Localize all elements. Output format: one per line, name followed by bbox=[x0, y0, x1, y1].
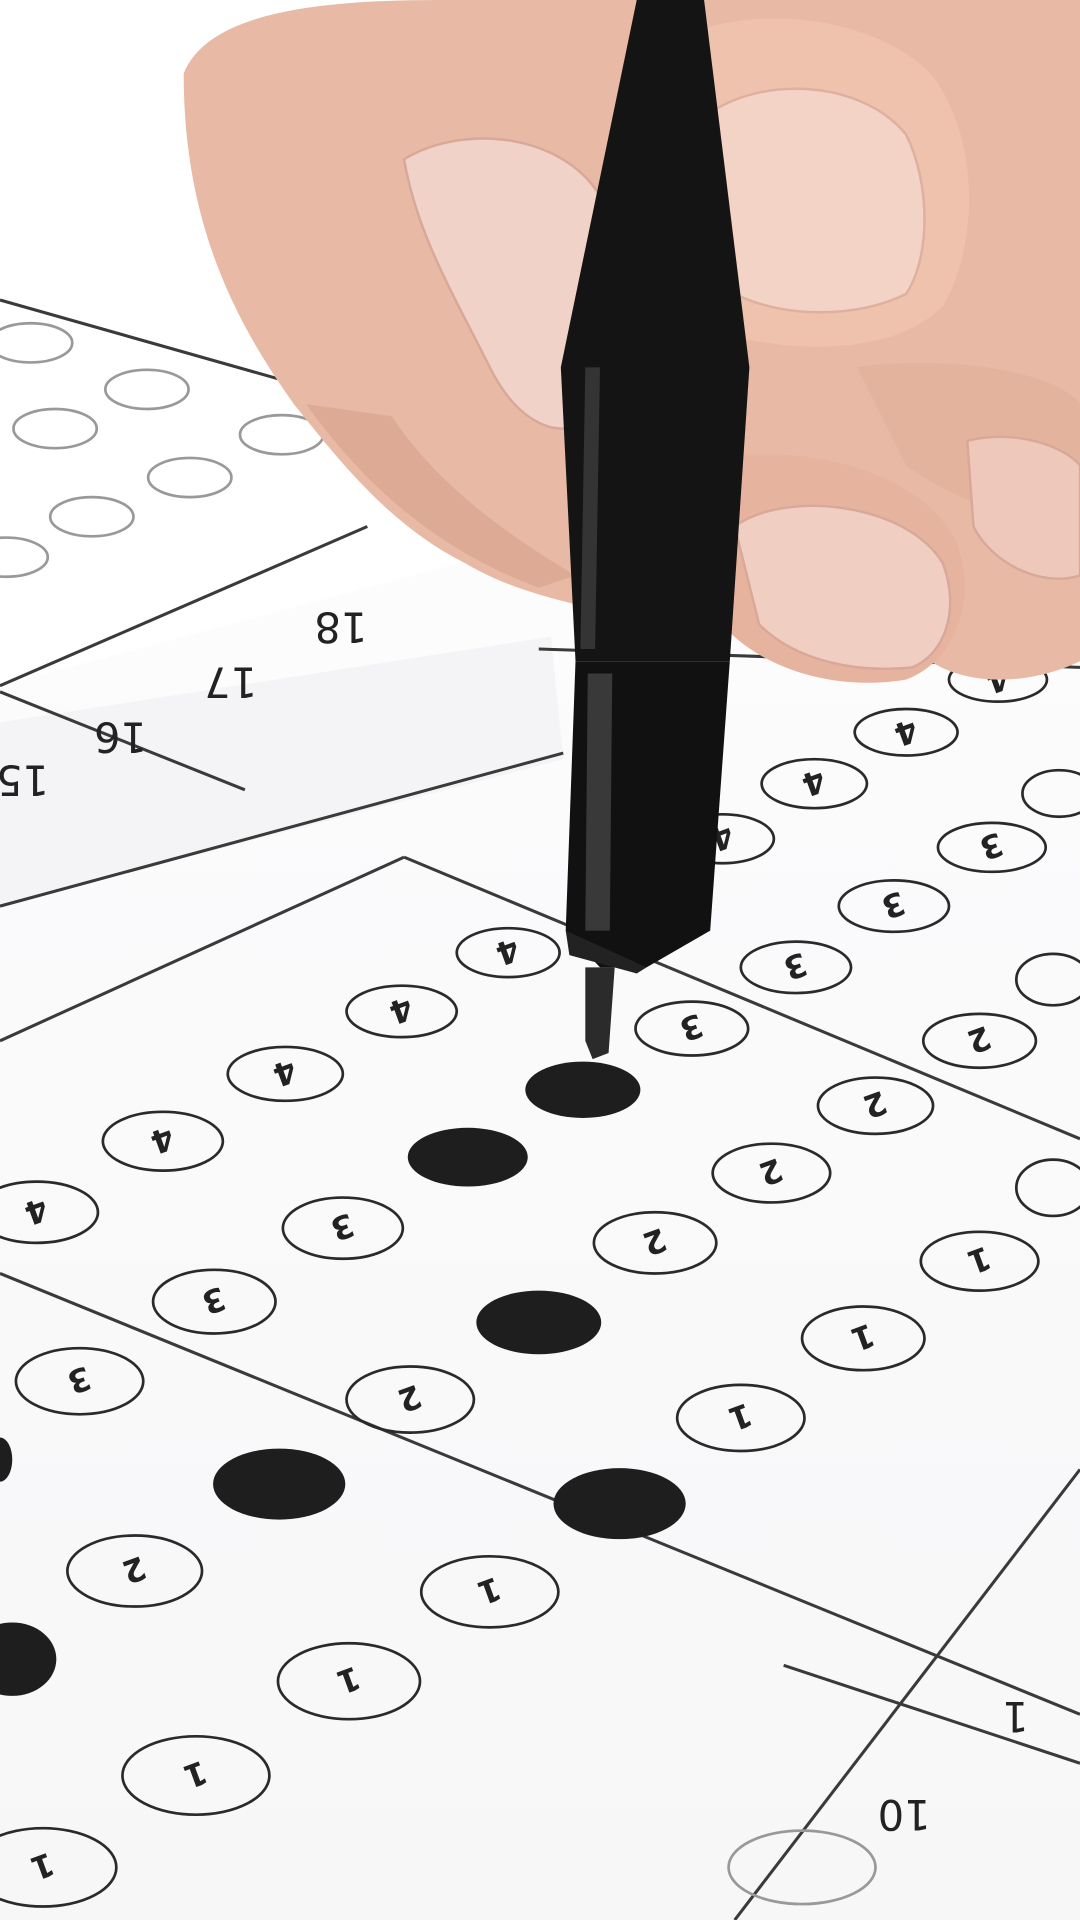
svg-text:1: 1 bbox=[962, 1238, 996, 1281]
question-number-17: 17 bbox=[204, 657, 257, 706]
filled-bubble bbox=[0, 1438, 12, 1482]
svg-text:2: 2 bbox=[638, 1220, 672, 1263]
photo-scene: 18 17 16 15 10 1 bbox=[0, 0, 1080, 1920]
svg-text:1: 1 bbox=[332, 1658, 366, 1701]
svg-text:3: 3 bbox=[877, 883, 911, 926]
filled-bubble bbox=[0, 1622, 56, 1695]
svg-text:4: 4 bbox=[19, 1189, 53, 1232]
filled-bubble bbox=[476, 1291, 601, 1355]
svg-text:4: 4 bbox=[889, 711, 923, 754]
svg-text:1: 1 bbox=[472, 1569, 506, 1612]
filled-bubble bbox=[213, 1449, 345, 1520]
svg-text:1: 1 bbox=[723, 1395, 757, 1438]
svg-text:4: 4 bbox=[146, 1118, 180, 1161]
svg-text:2: 2 bbox=[393, 1377, 427, 1420]
question-number-1: 1 bbox=[1002, 1692, 1028, 1741]
svg-text:2: 2 bbox=[117, 1548, 151, 1591]
svg-text:3: 3 bbox=[779, 945, 813, 988]
question-number-band bbox=[0, 637, 563, 906]
question-number-16: 16 bbox=[94, 712, 147, 761]
svg-text:4: 4 bbox=[268, 1051, 302, 1094]
svg-text:2: 2 bbox=[858, 1083, 892, 1126]
svg-text:3: 3 bbox=[675, 1006, 709, 1049]
question-number-18: 18 bbox=[314, 602, 367, 651]
svg-text:2: 2 bbox=[754, 1150, 788, 1193]
answer-sheet-illustration: 18 17 16 15 10 1 bbox=[0, 0, 1080, 1920]
filled-bubble bbox=[525, 1062, 640, 1118]
svg-text:2: 2 bbox=[962, 1018, 996, 1061]
svg-text:1: 1 bbox=[846, 1316, 880, 1359]
svg-text:1: 1 bbox=[26, 1845, 60, 1888]
svg-text:3: 3 bbox=[62, 1358, 96, 1401]
question-number-10: 10 bbox=[878, 1790, 931, 1839]
pen-tip bbox=[585, 967, 614, 1059]
filled-bubble bbox=[408, 1128, 528, 1187]
question-number-15: 15 bbox=[0, 755, 49, 804]
svg-text:3: 3 bbox=[975, 825, 1009, 868]
svg-text:4: 4 bbox=[491, 930, 525, 973]
filled-bubbles bbox=[0, 1062, 686, 1696]
svg-text:3: 3 bbox=[197, 1279, 231, 1322]
filled-bubble bbox=[553, 1468, 685, 1539]
svg-text:1: 1 bbox=[179, 1753, 213, 1796]
svg-text:4: 4 bbox=[797, 761, 831, 804]
svg-text:3: 3 bbox=[326, 1205, 360, 1248]
svg-text:4: 4 bbox=[384, 989, 418, 1032]
